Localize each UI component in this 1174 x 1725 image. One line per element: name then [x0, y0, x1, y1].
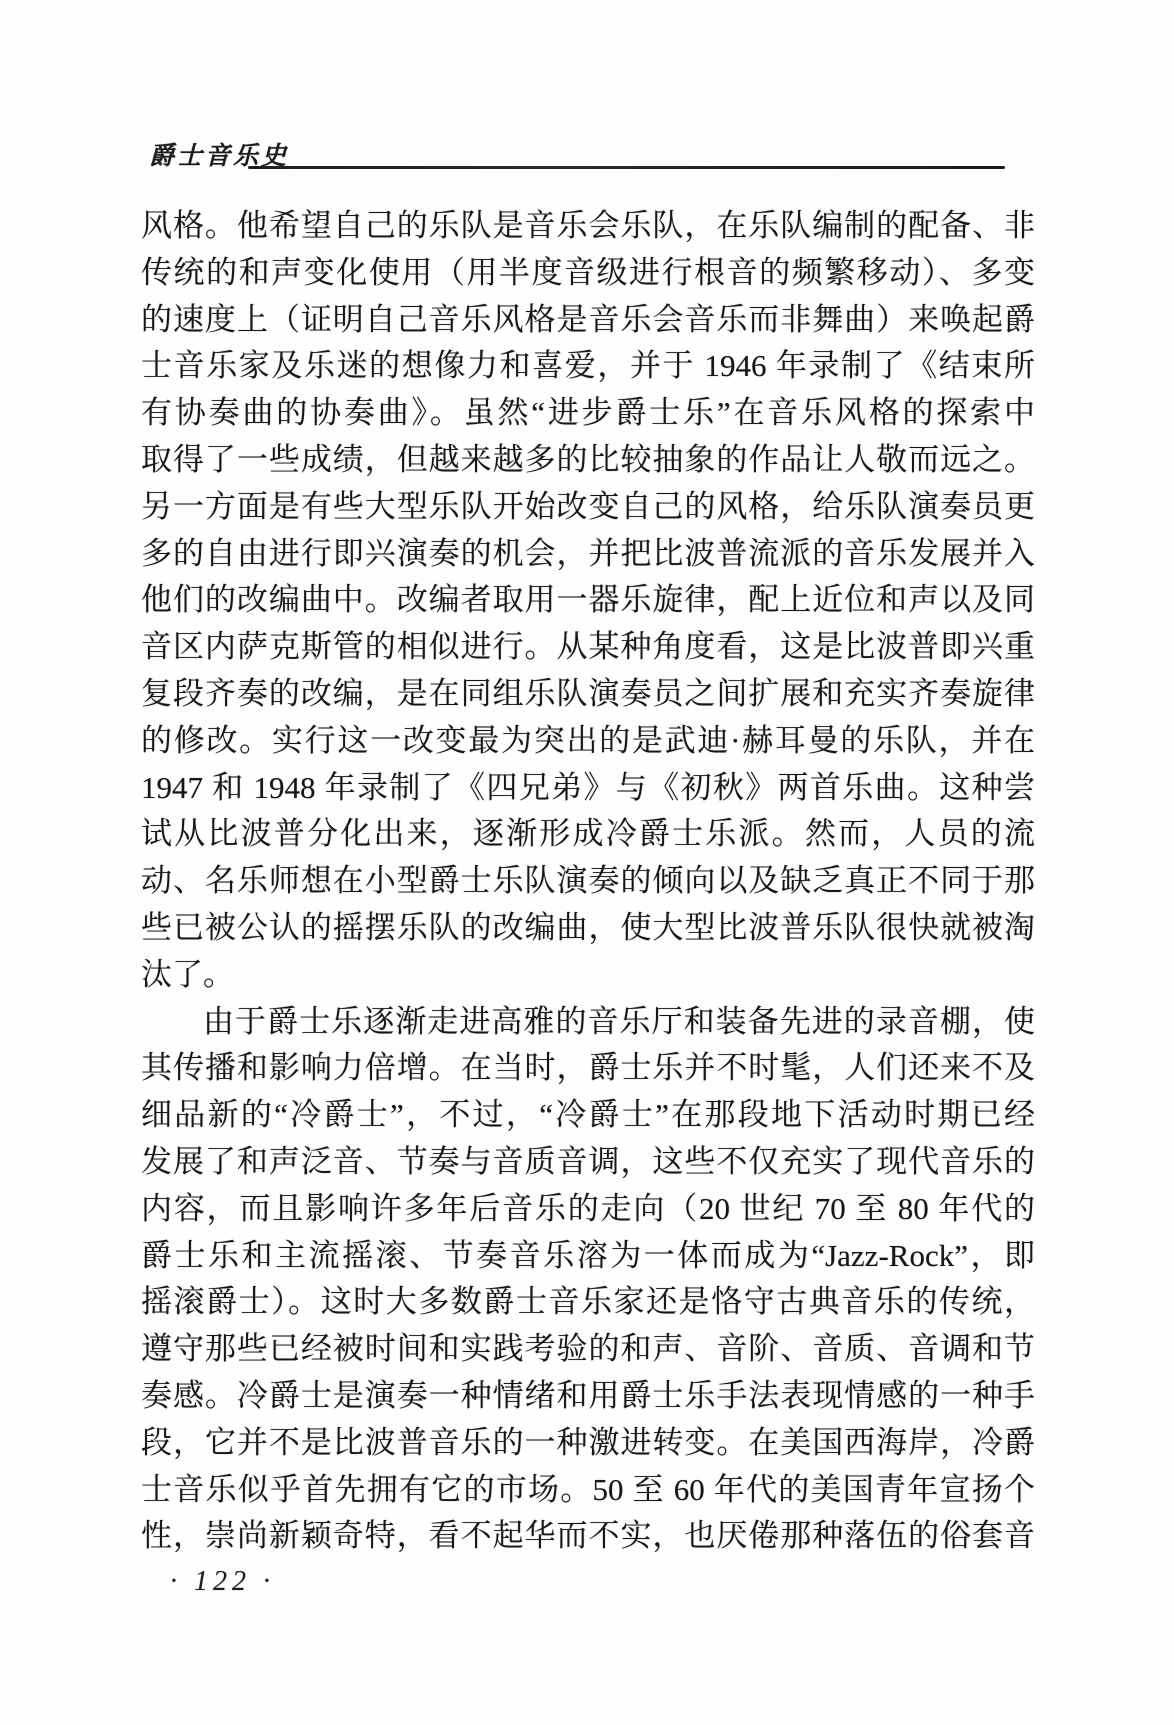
header-rule	[248, 166, 1005, 169]
text-line: 内容，而且影响许多年后音乐的走向（20 世纪 70 至 80 年代的	[141, 1186, 1035, 1233]
text-line: 由于爵士乐逐渐走进高雅的音乐厅和装备先进的录音棚，使	[141, 999, 1035, 1046]
page-number: · 122 ·	[170, 1566, 275, 1598]
page-body: 风格。他希望自己的乐队是音乐会乐队，在乐队编制的配备、非传统的和声变化使用（用半…	[141, 203, 1035, 1560]
text-line: 复段齐奏的改编，是在同组乐队演奏员之间扩展和充实齐奏旋律	[141, 671, 1035, 718]
text-line: 摇滚爵士）。这时大多数爵士音乐家还是恪守古典音乐的传统，	[141, 1279, 1035, 1326]
text-line: 些已被公认的摇摆乐队的改编曲，使大型比波普乐队很快就被淘	[141, 905, 1035, 952]
book-page: 爵士音乐史 风格。他希望自己的乐队是音乐会乐队，在乐队编制的配备、非传统的和声变…	[0, 0, 1174, 1725]
text-line: 性，崇尚新颖奇特，看不起华而不实，也厌倦那种落伍的俗套音	[141, 1513, 1035, 1560]
text-line: 爵士乐和主流摇滚、节奏音乐溶为一体而成为“Jazz-Rock”，即	[141, 1233, 1035, 1280]
text-line: 士音乐家及乐迷的想像力和喜爱，并于 1946 年录制了《结束所	[141, 343, 1035, 390]
paragraph-2: 由于爵士乐逐渐走进高雅的音乐厅和装备先进的录音棚，使其传播和影响力倍增。在当时，…	[141, 999, 1035, 1561]
text-line: 段，它并不是比波普音乐的一种激进转变。在美国西海岸，冷爵	[141, 1420, 1035, 1467]
text-line: 奏感。冷爵士是演奏一种情绪和用爵士乐手法表现情感的一种手	[141, 1373, 1035, 1420]
text-line: 其传播和影响力倍增。在当时，爵士乐并不时髦，人们还来不及	[141, 1045, 1035, 1092]
text-line: 音区内萨克斯管的相似进行。从某种角度看，这是比波普即兴重	[141, 624, 1035, 671]
text-line: 士音乐似乎首先拥有它的市场。50 至 60 年代的美国青年宣扬个	[141, 1467, 1035, 1514]
text-line: 风格。他希望自己的乐队是音乐会乐队，在乐队编制的配备、非	[141, 203, 1035, 250]
paragraph-1: 风格。他希望自己的乐队是音乐会乐队，在乐队编制的配备、非传统的和声变化使用（用半…	[141, 203, 1035, 999]
text-line: 动、名乐师想在小型爵士乐队演奏的倾向以及缺乏真正不同于那	[141, 858, 1035, 905]
text-line: 传统的和声变化使用（用半度音级进行根音的频繁移动）、多变	[141, 250, 1035, 297]
text-line: 发展了和声泛音、节奏与音质音调，这些不仅充实了现代音乐的	[141, 1139, 1035, 1186]
text-line: 试从比波普分化出来，逐渐形成冷爵士乐派。然而，人员的流	[141, 811, 1035, 858]
text-line: 他们的改编曲中。改编者取用一器乐旋律，配上近位和声以及同	[141, 577, 1035, 624]
text-line: 遵守那些已经被时间和实践考验的和声、音阶、音质、音调和节	[141, 1326, 1035, 1373]
text-line: 另一方面是有些大型乐队开始改变自己的风格，给乐队演奏员更	[141, 484, 1035, 531]
text-line: 的速度上（证明自己音乐风格是音乐会音乐而非舞曲）来唤起爵	[141, 297, 1035, 344]
text-line: 取得了一些成绩，但越来越多的比较抽象的作品让人敬而远之。	[141, 437, 1035, 484]
text-line: 有协奏曲的协奏曲》。虽然“进步爵士乐”在音乐风格的探索中	[141, 390, 1035, 437]
text-line: 细品新的“冷爵士”，不过，“冷爵士”在那段地下活动时期已经	[141, 1092, 1035, 1139]
text-line: 1947 和 1948 年录制了《四兄弟》与《初秋》两首乐曲。这种尝	[141, 765, 1035, 812]
text-line: 汰了。	[141, 952, 1035, 999]
text-line: 多的自由进行即兴演奏的机会，并把比波普流派的音乐发展并入	[141, 531, 1035, 578]
text-line: 的修改。实行这一改变最为突出的是武迪·赫耳曼的乐队，并在	[141, 718, 1035, 765]
